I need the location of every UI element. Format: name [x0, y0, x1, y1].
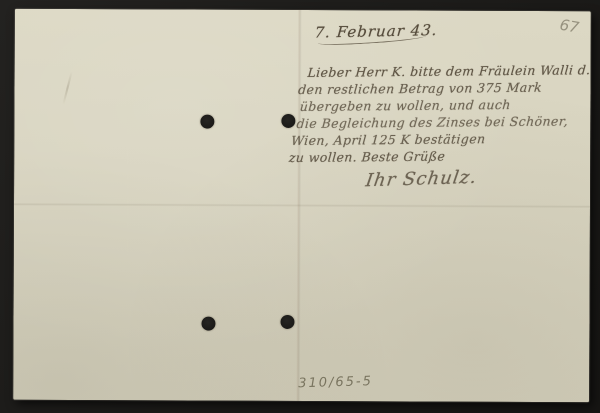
- punch-hole: [200, 115, 214, 129]
- letter-date: 7. Februar 43.: [314, 21, 439, 42]
- punch-hole: [280, 315, 294, 329]
- fold-crease-horizontal: [14, 203, 590, 209]
- letter-signature: Ihr Schulz.: [364, 167, 478, 191]
- letter-line: zu wollen. Beste Grüße: [288, 146, 590, 166]
- scanner-background: 67 7. Februar 43. Lieber Herr K. bitte d…: [0, 0, 600, 413]
- letter-sheet: 67 7. Februar 43. Lieber Herr K. bitte d…: [13, 9, 591, 403]
- crease-mark: [62, 71, 72, 104]
- pencil-page-number: 67: [558, 16, 580, 37]
- punch-hole: [281, 114, 295, 128]
- letter-body: Lieber Herr K. bitte dem Fräulein Walli …: [292, 61, 596, 166]
- punch-hole: [201, 317, 215, 331]
- pencil-archive-number: 310/65-5: [298, 374, 373, 391]
